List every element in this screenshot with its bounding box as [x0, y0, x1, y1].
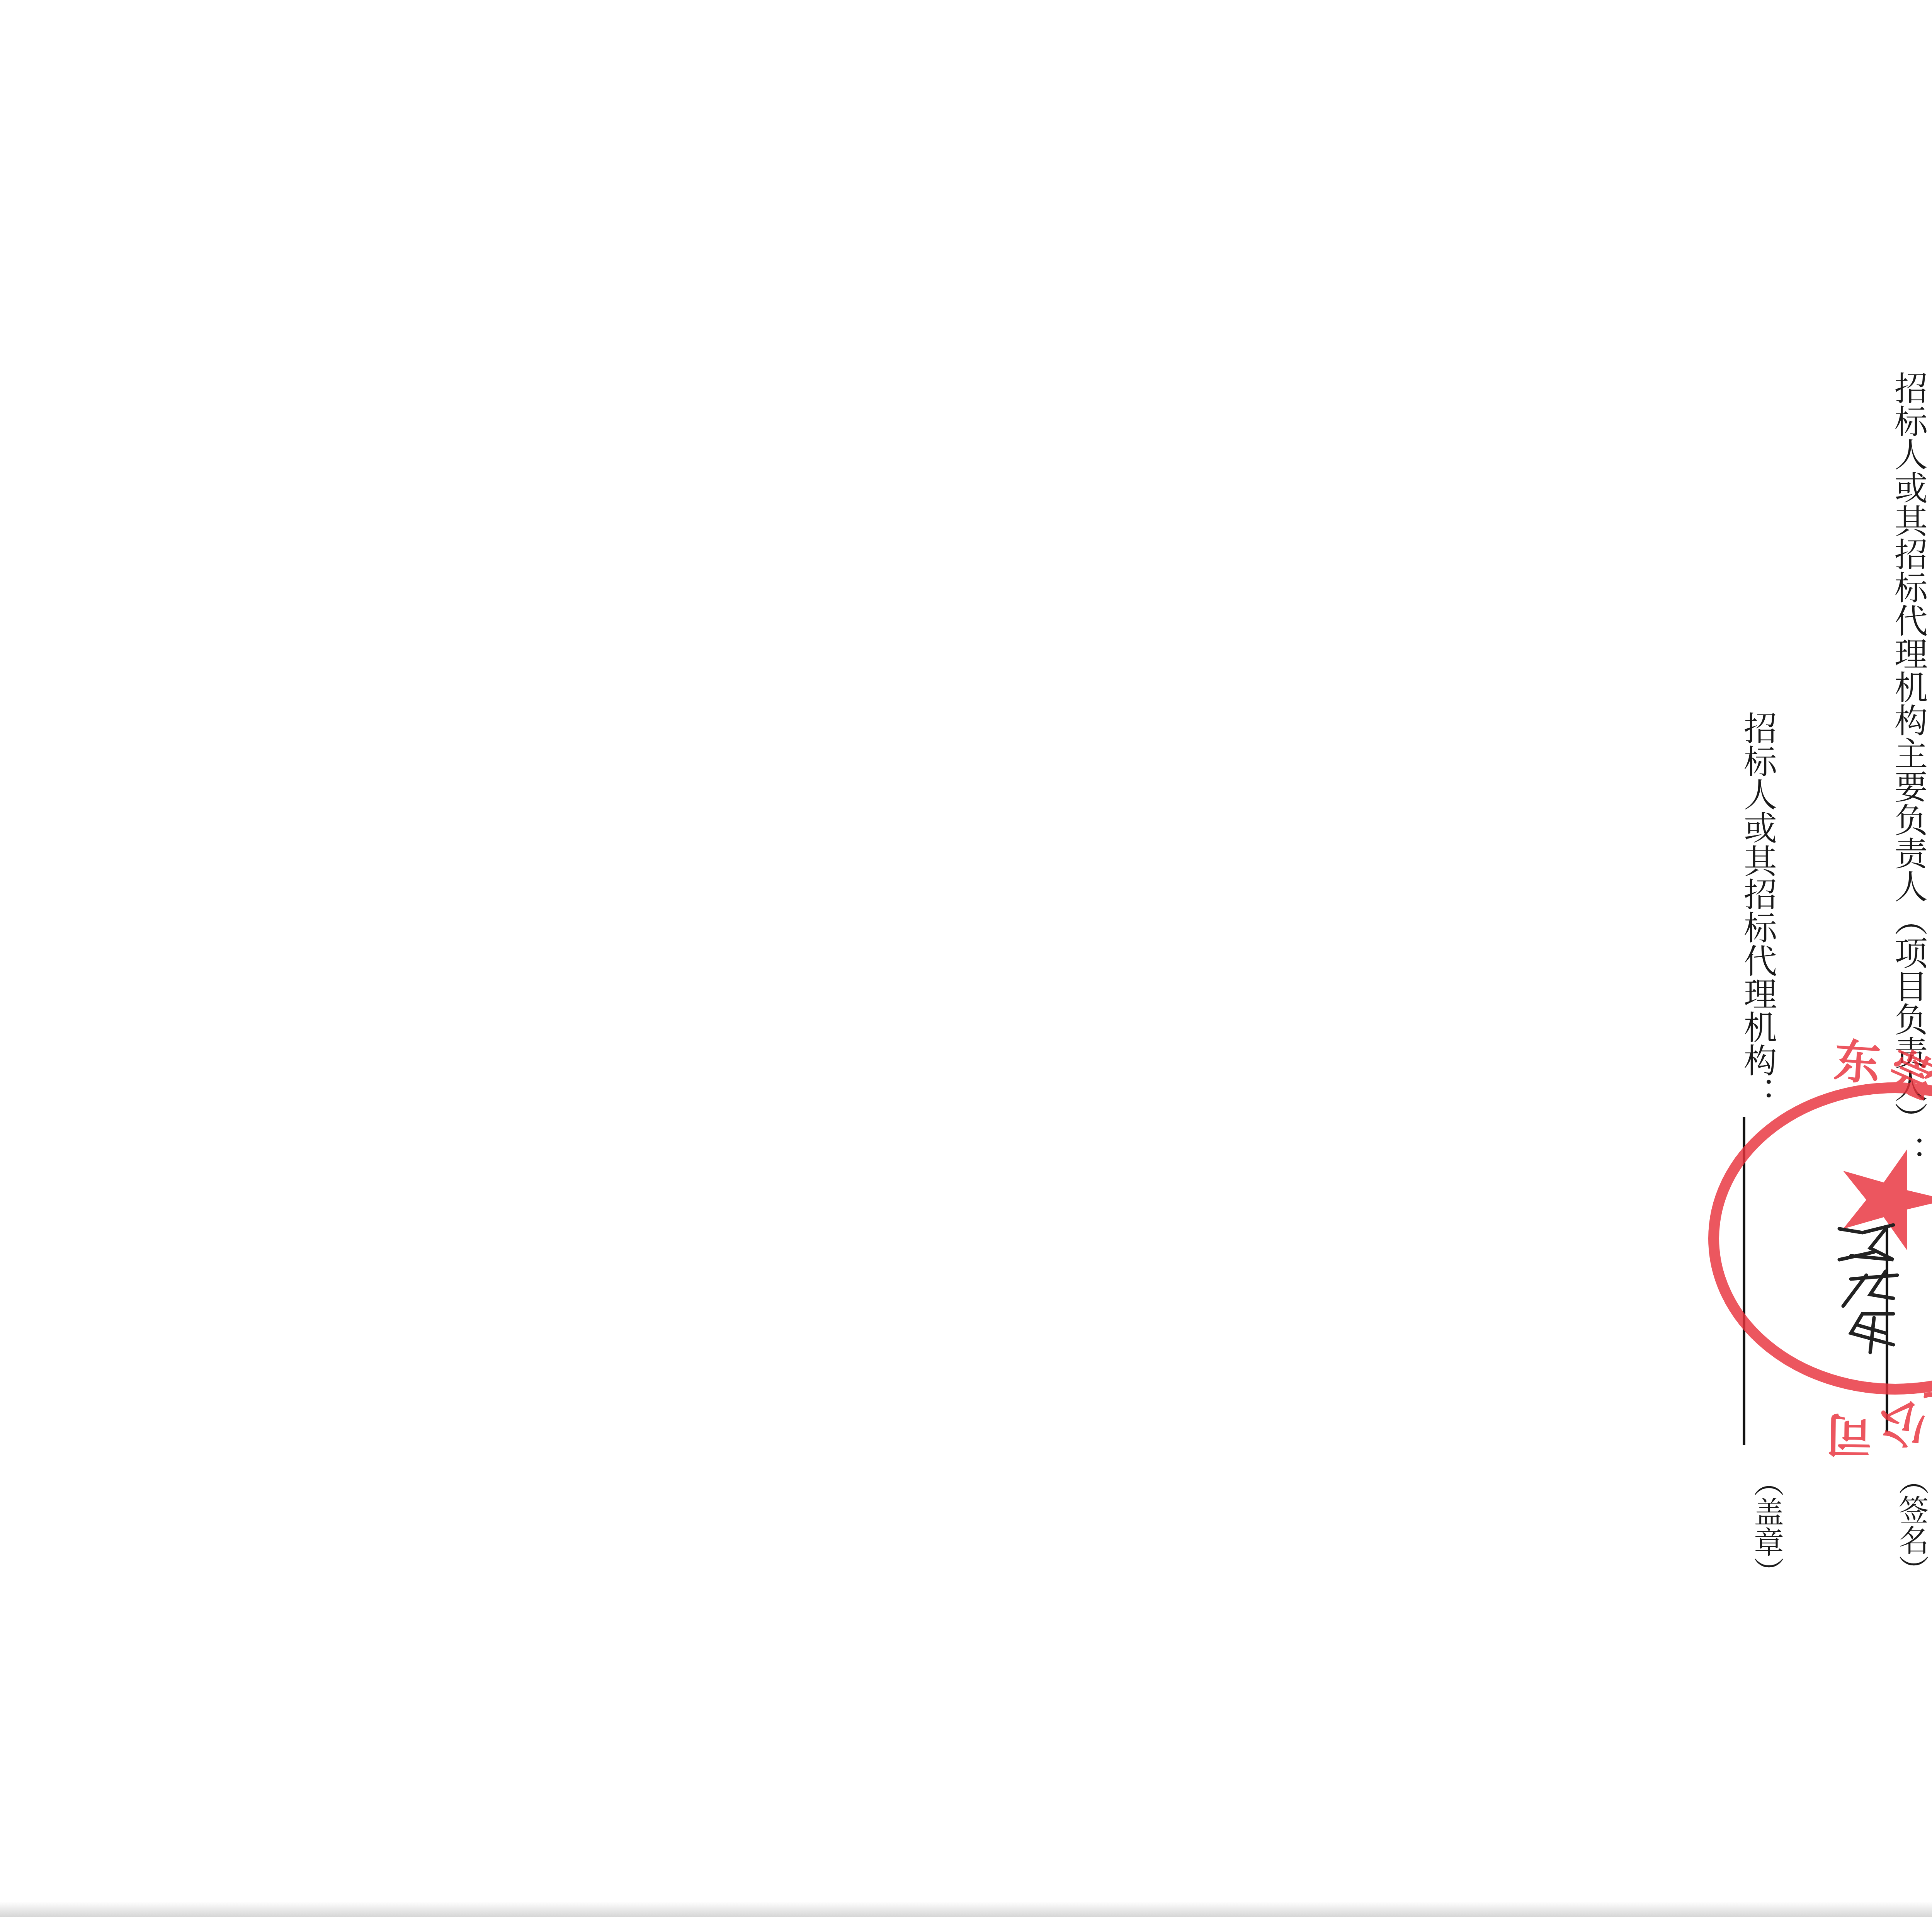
agency-seal-label: 招标人或其招标代理机构：: [1741, 711, 1774, 1110]
document-page: 招标代理机构：东莞市粤隆招标有限公司 地 址：东莞市南城街道体育路 2 号鸿禧中…: [0, 0, 1932, 1917]
signature-note: （签名）: [1889, 1465, 1932, 1585]
seal-underline: [1743, 1117, 1745, 1445]
handwritten-signature: [1816, 1217, 1909, 1360]
responsible-person-label: 招标人或其招标代理机构主要负责人（项目负责人）：: [1891, 371, 1925, 1169]
company-stamp: 东莞市粤隆招标有限公司: [0, 0, 1932, 1917]
scan-edge-shadow: [0, 1902, 1932, 1917]
seal-note: （盖章）: [1745, 1466, 1788, 1587]
